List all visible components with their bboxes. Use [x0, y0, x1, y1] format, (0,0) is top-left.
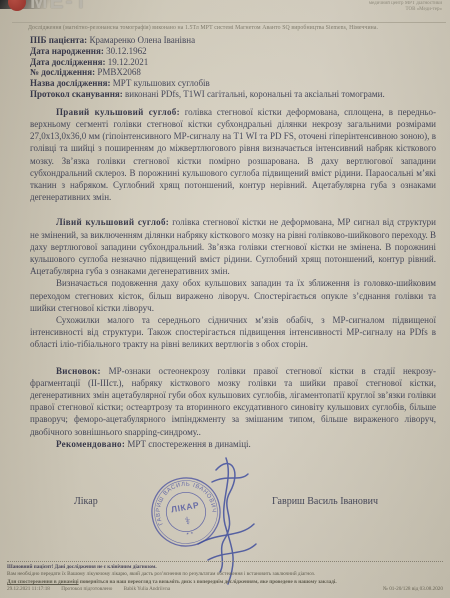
doctor-role-label: Лікар: [74, 496, 98, 507]
protocol-row: Протокол сканування: виконані PDfs, T1WI…: [30, 89, 436, 100]
footer-line3-lead: Для спостереження в динаміці: [7, 579, 79, 585]
study-name-value: МРТ кульшових суглобів: [111, 78, 210, 88]
footer-meta-row: 29.12.2021 11:17:18 Протокол підготовлен…: [7, 586, 443, 594]
protocol-author: Babik Yulia Andriivna: [124, 586, 171, 592]
protocol-value: виконані PDfs, T1WI сагітальні, корональ…: [123, 89, 385, 99]
study-number-row: № дослідження: PMBX2068: [30, 67, 436, 78]
study-number-label: № дослідження:: [30, 67, 95, 77]
paragraph-tendons: Сухожилки малого та середнього сідничних…: [30, 314, 436, 351]
birth-date-row: Дата народження: 30.12.1962: [30, 46, 436, 57]
clinic-address-line: медичний центр МРТ діагностики: [369, 1, 442, 7]
study-name-row: Назва дослідження: МРТ кульшових суглобі…: [30, 78, 436, 89]
clinic-logo-text: МЕ-Т: [30, 0, 89, 14]
footer-meta-left: 29.12.2021 11:17:18 Протокол підготовлен…: [7, 586, 180, 594]
recommendation-text: МРТ спостереження в динаміці.: [125, 439, 251, 449]
study-date-row: Дата дослідження: 19.12.2021: [30, 57, 436, 68]
left-hip-lead: Лівий кульшовий суглоб:: [56, 217, 169, 227]
patient-name-row: ПІБ пацієнта: Крамаренко Олена Іванівна: [30, 35, 436, 46]
patient-info-block: ПІБ пацієнта: Крамаренко Олена Іванівна …: [30, 35, 436, 100]
conclusion-lead: Висновок:: [56, 366, 101, 376]
conclusion-text: МР-ознаки остеонекрозу голівки правої ст…: [30, 366, 436, 437]
study-date-label: Дата дослідження:: [30, 57, 106, 67]
protocol-label: Протокол сканування:: [30, 89, 123, 99]
document-header: МЕ-Т медичний центр МРТ діагностики ТОВ …: [0, 0, 450, 22]
patient-name-label: ПІБ пацієнта:: [30, 35, 87, 45]
scanner-note: Дослідження (магнітно-резонансна томогра…: [12, 22, 446, 31]
paragraph-acetabular: Визначається подовження даху обох кульшо…: [30, 277, 436, 314]
footer-line2: Вам необхідно передати їх Вашому лікуючо…: [7, 571, 443, 579]
paragraph-left-hip: Лівий кульшовий суглоб: голівка стегново…: [30, 216, 436, 277]
study-date-value: 19.12.2021: [106, 57, 149, 67]
protocol-datetime: 29.12.2021 11:17:18: [7, 586, 50, 592]
footer-line3-rest: поверніться на наш переогляд та визьміть…: [79, 579, 337, 585]
paragraph-conclusion: Висновок: МР-ознаки остеонекрозу голівки…: [30, 365, 436, 438]
study-name-label: Назва дослідження:: [30, 78, 111, 88]
footer-disclaimer: Шановний пацієнт! Дані дослідження не є …: [7, 561, 443, 594]
right-hip-text: голівка стегнової кістки деформована, сп…: [30, 107, 436, 202]
protocol-prepared-label: Протокол підготовлено: [61, 586, 112, 592]
paragraph-right-hip: Правий кульшовий суглоб: голівка стегнов…: [30, 106, 436, 204]
patient-name-value: Крамаренко Олена Іванівна: [87, 35, 195, 45]
mri-report-document: МЕ-Т медичний центр МРТ діагностики ТОВ …: [0, 0, 450, 598]
clinic-name-line: ТОВ «Меди-тер»: [369, 7, 442, 13]
report-body: Правий кульшовий суглоб: голівка стегнов…: [30, 106, 436, 450]
doctor-name: Гавриш Василь Іванович: [272, 496, 378, 507]
recommendation-lead: Рекомендовано:: [56, 439, 125, 449]
clinic-logo-icon: [8, 0, 26, 11]
footer-line3: Для спостереження в динаміці поверніться…: [7, 579, 443, 587]
tendons-text: Сухожилки малого та середнього сідничних…: [30, 315, 436, 349]
study-number-value: PMBX2068: [95, 67, 141, 77]
acetabular-text: Визначається подовження даху обох кульшо…: [30, 278, 436, 312]
birth-date-value: 30.12.1962: [104, 46, 147, 56]
clinic-address-block: медичний центр МРТ діагностики ТОВ «Меди…: [369, 1, 442, 12]
right-hip-lead: Правий кульшовий суглоб:: [56, 107, 180, 117]
birth-date-label: Дата народження:: [30, 46, 104, 56]
paragraph-recommendation: Рекомендовано: МРТ спостереження в динам…: [30, 438, 436, 450]
footer-doc-number: № 01-20/128 від 03.08.2020: [383, 586, 443, 594]
